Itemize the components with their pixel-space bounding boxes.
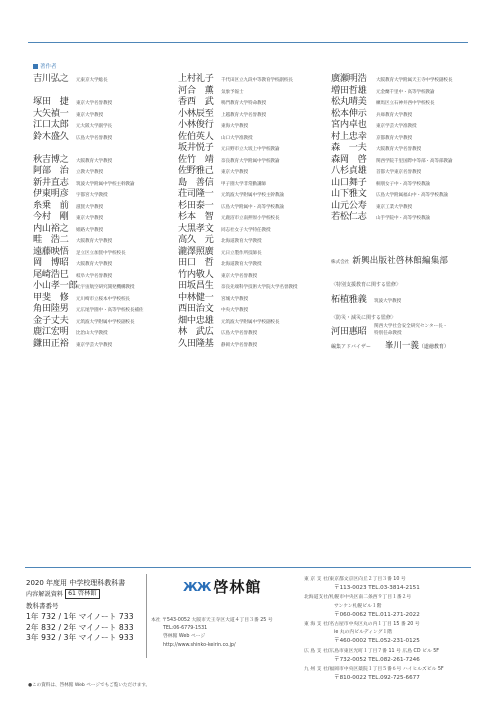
branch-office: 北海道支社/札幌市中央区南二条西９丁目１番２号サンケン札幌ビル１階〒060-00…: [304, 594, 444, 619]
top-rule: [28, 42, 468, 43]
branch-offices: 東 京 支 社/東京都文京区向丘２丁目３番 10 号〒113-0023 TEL.…: [304, 576, 444, 684]
author-entry: 佐竹 靖奈良教育大学附属中学校教諭: [178, 151, 328, 163]
publisher-code-box: 61 啓林館: [65, 589, 99, 599]
author-affiliation: 元筑波大学附属中学校副校長: [76, 319, 134, 325]
vertical-divider: [146, 574, 147, 658]
author-entry: 今村 剛東京大学教授: [33, 208, 173, 220]
author-entry: 遠藤映悟足立区立加賀中学校校長: [33, 243, 173, 255]
branch-address: 札幌市中央区南二条西９丁目１番２号: [330, 595, 412, 600]
branch-postal-tel: 〒113-0023 TEL.03-3814-2151: [304, 584, 444, 592]
logo-text: 啓林館: [213, 576, 261, 597]
textbook-info: 2020 年度用 中学校理科教科書 内容解説資料 61 啓林館 教科書番号 1年…: [26, 578, 144, 643]
author-entry: 上村礼子千代田区立九段中等教育学校副校長: [178, 70, 328, 82]
author-entry: 内山裕之姫路大学教授: [33, 220, 173, 232]
author-entry: 島 善信甲子園大学非常勤講師: [178, 174, 328, 186]
publisher-code: 61: [68, 590, 76, 597]
author-entry: 小林俊行東海大学教授: [178, 116, 328, 128]
author-affiliation: 滋賀大学教授: [76, 204, 103, 210]
author-affiliation: 元日立製作所技師長: [221, 250, 261, 256]
special-support-supervisor: 柘植雅義 筑波大学教授: [331, 291, 401, 303]
author-affiliation: 元日野市立大坂上中学校教諭: [221, 146, 279, 152]
person-affiliation: 関西大学社会安全研究センター長・ 特別任命教授: [374, 323, 447, 337]
author-affiliation: 東京学芸大学教授: [76, 342, 112, 348]
author-entry: 岡 博昭大阪教育大学教授: [33, 254, 173, 266]
author-affiliation: 北海道教育大学教授: [221, 238, 261, 244]
author-entry: 金子丈夫元筑波大学附属中学校副校長: [33, 312, 173, 324]
bottom-rule: [25, 567, 471, 568]
hq-tel: TEL:06-6779-1531: [151, 625, 273, 633]
author-entry: 松丸晴美練馬区立石神井西中学校校長: [331, 93, 491, 105]
author-affiliation: 大阪教育大学教授: [76, 238, 112, 244]
person-affiliation: 筑波大学教授: [374, 298, 401, 304]
author-entry: 森 一夫大阪教育大学名誉教授: [331, 139, 491, 151]
branch-building: サンケン札幌ビル１階: [304, 603, 444, 611]
author-entry: 松本伸示兵庫教育大学教授: [331, 105, 491, 117]
branch-label: 東 海 支 社: [304, 622, 328, 627]
author-affiliation: 大阪教育大学教授: [76, 158, 112, 164]
person-name: 柘植雅義: [331, 291, 374, 305]
author-entry: 杉本 智元鹿沼市立南押原小学校校長: [178, 208, 328, 220]
author-affiliation: 甲子園大学非常勤講師: [221, 181, 266, 187]
author-affiliation: 東海大学教授: [221, 123, 248, 129]
branch-office: 東 京 支 社/東京都文京区向丘２丁目３番 10 号〒113-0023 TEL.…: [304, 576, 444, 592]
author-name: 鈴木盛久: [33, 128, 76, 142]
author-affiliation: 関西学院千里国際中等部・高等部教諭: [376, 158, 452, 164]
author-affiliation: 元宇宙航空研究開発機構教授: [76, 284, 134, 290]
author-affiliation: 東京工業大学教授: [376, 204, 412, 210]
author-entry: 吉川弘之元東京大学総長: [33, 70, 173, 82]
authors-column-1: 吉川弘之元東京大学総長塚田 捷東京大学名誉教授大矢禎一東京大学教授江口太郎元大阪…: [33, 70, 173, 346]
branch-office: 東 海 支 社/名古屋市中央区丸の内１丁目 15 番 20 号ie 丸の内ビルデ…: [304, 621, 444, 646]
author-affiliation: 兵庫教育大学教授: [376, 112, 412, 118]
author-affiliation: 広島大学名誉教授: [76, 135, 112, 141]
author-name: 若松仁志: [331, 208, 376, 222]
author-affiliation: 足立区立加賀中学校校長: [76, 250, 125, 256]
author-affiliation: 元鹿沼市立南押原小学校校長: [221, 215, 279, 221]
author-affiliation: 同志社女子大学特任教授: [221, 227, 270, 233]
editor-name: 新興出版社啓林館編集部: [352, 254, 448, 266]
advisor-label: 編集アドバイザー: [331, 343, 371, 350]
author-entry: 増田哲雄元金蘭千里中・高等学校教諭: [331, 82, 491, 94]
material-line: 内容解説資料 61 啓林館: [26, 588, 144, 599]
author-affiliation: 桐朋女子中・高等学校教諭: [376, 181, 430, 187]
author-entry: 宮内卓也東京学芸大学准教授: [331, 116, 491, 128]
author-entry: 坂井悦子元日野市立大坂上中学校教諭: [178, 139, 328, 151]
author-affiliation: 大阪教育大学教授: [76, 261, 112, 267]
author-entry: 小林辰至上越教育大学名誉教授: [178, 105, 328, 117]
author-entry: 塚田 捷東京大学名誉教授: [33, 93, 173, 105]
branch-postal-tel: 〒060-0062 TEL.011-271-2022: [304, 611, 444, 619]
branch-label: 広 島 支 社: [304, 649, 328, 654]
author-name: 鎌田正裕: [33, 335, 76, 349]
author-affiliation: 東京大学教授: [221, 169, 248, 175]
authors-column-2: 上村礼子千代田区立九段中等教育学校副校長河合 薫気象予報士香西 武鳴門教育大学特…: [178, 70, 328, 346]
author-entry: 山口舞子桐朋女子中・高等学校教諭: [331, 174, 491, 186]
footer-note: ●この資料は、啓林館 Web ページでもご覧いただけます。: [28, 682, 150, 688]
author-entry: 江口太郎元大阪大学副学長: [33, 116, 173, 128]
author-entry: 佐伯英人山口大学准教授: [178, 128, 328, 140]
special-support-heading: 〈特別支援教育に関する監修〉: [331, 281, 401, 288]
branch-building: ie 丸の内ビルディング１階: [304, 629, 444, 637]
author-affiliation: 北海道教育大学教授: [221, 261, 261, 267]
hq-web-label: 啓林館 Web ページ: [151, 633, 273, 641]
publisher-short: 啓林館: [78, 590, 97, 597]
author-entry: 糸乗 前滋賀大学教授: [33, 197, 173, 209]
branch-address: 福岡市中央区薬院１丁目５番６号 ハイヒルズビル 5F: [329, 667, 443, 672]
branch-postal-tel: 〒460-0002 TEL.052-231-0125: [304, 637, 444, 645]
author-affiliation: 宮城大学教授: [221, 296, 248, 302]
authors-column-3: 廣瀬明浩大阪教育大学附属天王寺中学校副校長増田哲雄元金蘭千里中・高等学校教諭松丸…: [331, 70, 491, 220]
author-affiliation: 大阪教育大学附属天王寺中学校副校長: [376, 77, 452, 83]
author-affiliation: 奈良教育大学附属中学校教諭: [221, 158, 279, 164]
author-entry: 香西 武鳴門教育大学特命教授: [178, 93, 328, 105]
branch-address: 名古屋市中央区丸の内１丁目 15 番 20 号: [329, 622, 419, 627]
author-affiliation: 東京大学名誉教授: [221, 273, 257, 279]
editorial-department: 株式会社 新興出版社啓林館編集部: [331, 254, 448, 266]
branch-postal-tel: 〒810-0022 TEL.092-725-6677: [304, 674, 444, 682]
section-label-text: 著作者: [40, 62, 57, 70]
branch-postal-tel: 〒732-0052 TEL.082-261-7246: [304, 656, 444, 664]
author-entry: 杉田泰一広島大学附属中・高等学校教諭: [178, 197, 328, 209]
author-affiliation: 気象予報士: [221, 89, 243, 95]
author-entry: 鈴木盛久広島大学名誉教授: [33, 128, 173, 140]
author-entry: 阿部 治立教大学教授: [33, 162, 173, 174]
person-name: 河田惠昭: [331, 323, 374, 337]
author-affiliation: 岐阜大学名誉教授: [76, 273, 112, 279]
author-affiliation: 鳴門教育大学特命教授: [221, 100, 266, 106]
author-affiliation: 宇都宮大学教授: [76, 192, 107, 198]
author-entry: 角田陸男元広尾学園中・高等学校校長補佐: [33, 300, 173, 312]
hq-address: 本社 〒543-0052 大阪市天王寺区大道４丁目３番 25 号: [151, 618, 273, 623]
branch-label: 東 京 支 社: [304, 577, 328, 582]
author-name: 吉川弘之: [33, 70, 76, 84]
author-affiliation: 山口大学准教授: [221, 135, 252, 141]
author-affiliation: 元金蘭千里中・高等学校教諭: [376, 89, 434, 95]
author-affiliation: 東京大学教授: [76, 215, 103, 221]
headquarters-info: 本社 〒543-0052 大阪市天王寺区大道４丁目３番 25 号 TEL:06-…: [151, 617, 273, 650]
author-affiliation: 広島大学名誉教授: [221, 330, 257, 336]
author-entry: 秋吉博之大阪教育大学教授: [33, 151, 173, 163]
textbook-number-grade-2: 2年 832 / 2年 マイノート 833: [26, 622, 144, 633]
author-entry: 西田治文中央大学教授: [178, 300, 328, 312]
author-affiliation: 山手学院中・高等学校教諭: [376, 215, 430, 221]
author-affiliation: 元東京大学総長: [76, 77, 107, 83]
author-affiliation: 立教大学教授: [76, 169, 103, 175]
advisor-note: （道徳教育）: [419, 344, 449, 350]
branch-address: 東京都文京区向丘２丁目３番 10 号: [329, 577, 405, 582]
author-entry: 中林健一宮城大学教授: [178, 289, 328, 301]
author-affiliation: 中央大学教授: [221, 307, 248, 313]
affiliation-line-2: 特別任命教授: [374, 331, 402, 336]
author-entry: 新井直志筑波大学附属中学校主幹教諭: [33, 174, 173, 186]
author-affiliation: 東京大学名誉教授: [76, 100, 112, 106]
logo-mark-icon: ЖЖ: [183, 580, 210, 594]
author-entry: 河合 薫気象予報士: [178, 82, 328, 94]
author-entry: 瀧澤照廣元日立製作所技師長: [178, 243, 328, 255]
author-affiliation: 元広尾学園中・高等学校校長補佐: [76, 307, 143, 313]
author-entry: 八杉貞雄首都大学東京名誉教授: [331, 162, 491, 174]
author-entry: 高久 元北海道教育大学教授: [178, 231, 328, 243]
section-label-authors: 著作者: [33, 62, 57, 70]
author-affiliation: 大阪教育大学名誉教授: [376, 146, 421, 152]
author-affiliation: 上越教育大学名誉教授: [221, 112, 266, 118]
author-name: 久田隆基: [178, 335, 221, 349]
disaster-supervisor: 河田惠昭 関西大学社会安全研究センター長・ 特別任命教授: [331, 323, 447, 337]
author-entry: 佐野雅己東京大学教授: [178, 162, 328, 174]
author-affiliation: 広島大学附属福山中・高等学校教諭: [376, 192, 448, 198]
textbook-number-grade-1: 1年 732 / 1年 マイノート 733: [26, 611, 144, 622]
author-entry: 尾崎浩巳岐阜大学名誉教授: [33, 266, 173, 278]
advisor-name-text: 峯川一義: [385, 341, 419, 351]
branch-label: 九 州 支 社: [304, 667, 328, 672]
author-affiliation: 首都大学東京名誉教授: [376, 169, 421, 175]
disaster-heading: 〈防災・減災に関する監修〉: [331, 314, 396, 321]
author-affiliation: 比治山大学教授: [76, 330, 107, 336]
author-entry: 田坂昌生奈良先端科学技術大学院大学名誉教授: [178, 277, 328, 289]
author-entry: 森岡 啓関西学院千里国際中等部・高等部教諭: [331, 151, 491, 163]
author-entry: 大矢禎一東京大学教授: [33, 105, 173, 117]
author-affiliation: 奈良先端科学技術大学院大学名誉教授: [221, 284, 297, 290]
material-label: 内容解説資料: [26, 589, 63, 598]
branch-office: 広 島 支 社/広島市東区光町１丁目７番 11 号 広島 CD ビル 5F〒73…: [304, 648, 444, 664]
author-entry: 廣瀬明浩大阪教育大学附属天王寺中学校副校長: [331, 70, 491, 82]
author-affiliation: 姫路大学教授: [76, 227, 103, 233]
affiliation-line-1: 関西大学社会安全研究センター長・: [374, 324, 447, 329]
author-entry: 鹿江宏明比治山大学教授: [33, 323, 173, 335]
branch-address: 広島市東区光町１丁目７番 11 号 広島 CD ビル 5F: [329, 649, 439, 654]
square-bullet-icon: [33, 64, 38, 69]
author-entry: 畑中忠雄元筑波大学附属中学校副校長: [178, 312, 328, 324]
author-affiliation: 東京学芸大学准教授: [376, 123, 416, 129]
hq-url-link[interactable]: http://www.shinko-keirin.co.jp/: [151, 642, 273, 650]
author-entry: 鎌田正裕東京学芸大学教授: [33, 335, 173, 347]
branch-office: 九 州 支 社/福岡市中央区薬院１丁目５番６号 ハイヒルズビル 5F〒810-0…: [304, 666, 444, 682]
author-entry: 竹内敬人東京大学名誉教授: [178, 266, 328, 278]
author-entry: 荘司隆一元筑波大学附属中学校主幹教諭: [178, 185, 328, 197]
textbook-number-grade-3: 3年 932 / 3年 マイノート 933: [26, 632, 144, 643]
author-entry: 林 武広広島大学名誉教授: [178, 323, 328, 335]
author-affiliation: 元川崎市立桜本中学校校長: [76, 296, 130, 302]
author-entry: 田口 哲北海道教育大学教授: [178, 254, 328, 266]
author-affiliation: 元筑波大学附属中学校副校長: [221, 319, 279, 325]
editorial-advisor: 編集アドバイザー 峯川一義（道徳教育）: [331, 339, 449, 351]
author-affiliation: 千代田区立九段中等教育学校副校長: [221, 77, 293, 83]
author-affiliation: 筑波大学附属中学校主幹教諭: [76, 181, 134, 187]
author-entry: 村上忠幸京都教育大学教授: [331, 128, 491, 140]
author-entry: 畦 浩二大阪教育大学教授: [33, 231, 173, 243]
author-affiliation: 静岡大学名誉教授: [221, 342, 257, 348]
author-entry: 甲斐 修元川崎市立桜本中学校校長: [33, 289, 173, 301]
advisor-name: 峯川一義（道徳教育）: [385, 339, 449, 351]
branch-label: 北海道支社: [304, 595, 328, 600]
author-entry: 大黒孝文同志社女子大学特任教授: [178, 220, 328, 232]
author-affiliation: 練馬区立石神井西中学校校長: [376, 100, 434, 106]
author-affiliation: 元大阪大学副学長: [76, 123, 112, 129]
textbook-number-label: 教科書番号: [26, 601, 144, 611]
author-entry: 伊東明彦宇都宮大学教授: [33, 185, 173, 197]
author-affiliation: 京都教育大学教授: [376, 135, 412, 141]
author-entry: 山下雅文広島大学附属福山中・高等学校教諭: [331, 185, 491, 197]
author-entry: 小山孝一郎元宇宙航空研究開発機構教授: [33, 277, 173, 289]
year-line: 2020 年度用 中学校理科教科書: [26, 578, 144, 588]
author-entry: 久田隆基静岡大学名誉教授: [178, 335, 328, 347]
publisher-logo: ЖЖ 啓林館: [183, 576, 261, 597]
author-affiliation: 東京大学教授: [76, 112, 103, 118]
editor-prefix: 株式会社: [331, 259, 349, 265]
author-affiliation: 広島大学附属中・高等学校教諭: [221, 204, 284, 210]
author-affiliation: 元筑波大学附属中学校主幹教諭: [221, 192, 284, 198]
author-entry: 若松仁志山手学院中・高等学校教諭: [331, 208, 491, 220]
author-entry: 山元公寿東京工業大学教授: [331, 197, 491, 209]
